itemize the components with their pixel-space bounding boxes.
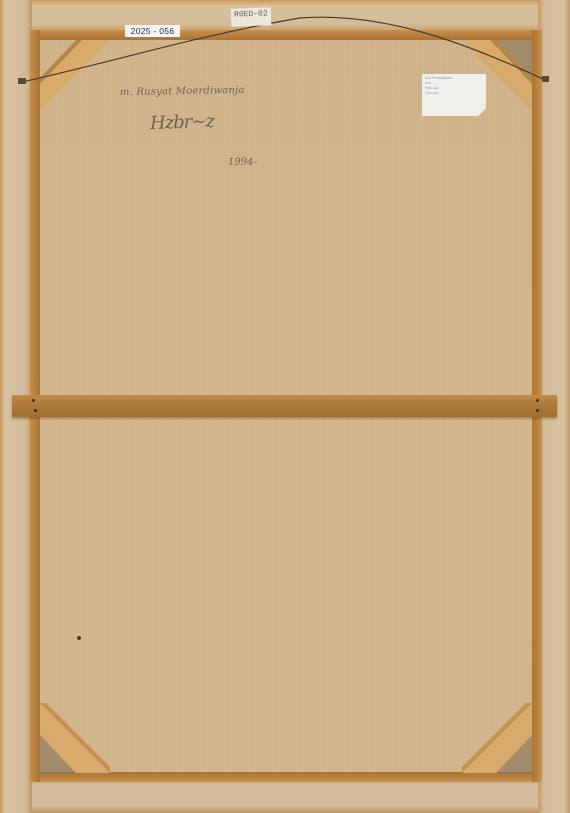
year-inscription: 1994-	[228, 157, 257, 168]
nail-icon	[536, 409, 539, 412]
painting-back: 2025 - 056 R0ED-02 ooo Pamerankae ooo Pu…	[0, 0, 570, 813]
corner-key-bottom-left	[38, 695, 118, 775]
nail-icon	[32, 399, 35, 402]
nail-icon	[536, 399, 539, 402]
tape-code-label: R0ED-02	[231, 7, 272, 26]
inventory-number-label: 2025 - 056	[125, 25, 180, 37]
artist-signature: Hzbr~z	[150, 111, 215, 134]
artist-name-inscription: m. Rusyat Moerdiwanja	[120, 85, 245, 98]
corner-key-top-left	[38, 38, 118, 118]
exhibition-sticker: ooo Pamerankae ooo Puls ooo Ooo ooo	[422, 74, 486, 116]
nail-icon	[34, 409, 37, 412]
outer-frame-bottom	[0, 780, 570, 813]
corner-key-bottom-right	[454, 695, 534, 775]
outer-frame-top	[0, 0, 570, 32]
cross-brace-bar	[12, 395, 557, 417]
canvas-stain	[77, 636, 81, 640]
